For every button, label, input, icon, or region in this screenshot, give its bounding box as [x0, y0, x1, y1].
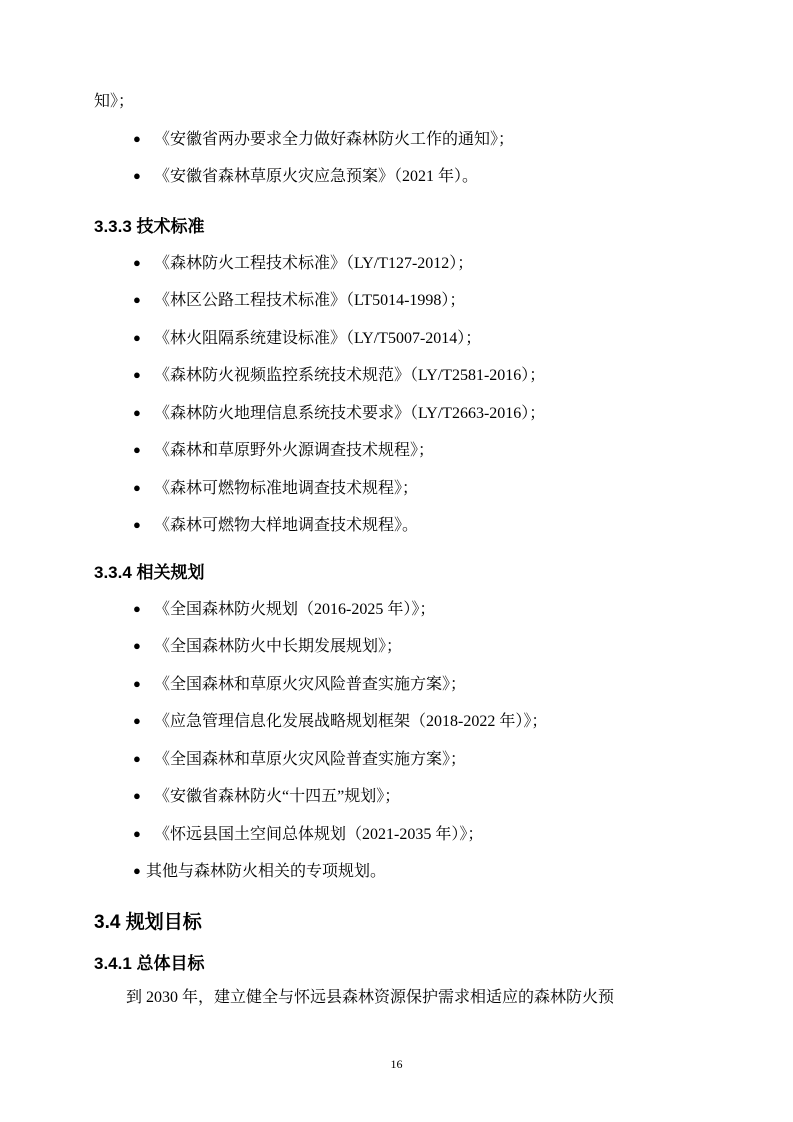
bullet-icon: ●	[133, 357, 154, 394]
list-item-text: 《森林可燃物大样地调查技术规程》。	[154, 517, 418, 534]
list-item-text: 《森林防火工程技术标准》（LY/T127-2012）；	[154, 255, 473, 272]
list-item-text: 《森林可燃物标准地调查技术规程》；	[154, 480, 418, 497]
bullet-icon: ●	[133, 778, 154, 815]
section-heading-3-3-3: 3.3.3 技术标准	[94, 213, 707, 241]
list-item: ●《林区公路工程技术标准》（LT5014-1998）；	[94, 282, 707, 320]
intro-bullet-list: ●《安徽省两办要求全力做好森林防火工作的通知》； ●《安徽省森林草原火灾应急预案…	[94, 121, 707, 196]
list-item-text: 《森林防火视频监控系统技术规范》（LY/T2581-2016）；	[154, 367, 545, 384]
bullet-icon: ●	[133, 853, 146, 890]
bullet-icon: ●	[133, 741, 154, 778]
list-item-text: 《应急管理信息化发展战略规划框架（2018-2022 年）》；	[154, 713, 547, 730]
bullet-icon: ●	[133, 395, 154, 432]
page-number: 16	[0, 1056, 793, 1072]
bullet-icon: ●	[133, 666, 154, 703]
list-item-text: 《全国森林和草原火灾风险普查实施方案》；	[154, 676, 466, 693]
overall-goal-paragraph: 到 2030 年，建立健全与怀远县森林资源保护需求相适应的森林防火预	[94, 980, 707, 1017]
list-item: ●《安徽省两办要求全力做好森林防火工作的通知》；	[94, 121, 707, 159]
list-item-text: 《林区公路工程技术标准》（LT5014-1998）；	[154, 292, 465, 309]
bullet-icon: ●	[133, 245, 154, 282]
list-item: ●《全国森林防火中长期发展规划》；	[94, 628, 707, 666]
list-item: ●《安徽省森林防火“十四五”规划》；	[94, 778, 707, 816]
bullet-icon: ●	[133, 282, 154, 319]
bullet-icon: ●	[133, 470, 154, 507]
list-item: ●《全国森林防火规划（2016-2025 年）》；	[94, 591, 707, 629]
list-item-text: 《全国森林和草原火灾风险普查实施方案》；	[154, 751, 466, 768]
list-item: ●其他与森林防火相关的专项规划。	[94, 853, 707, 891]
list-item-text: 《森林和草原野外火源调查技术规程》；	[154, 442, 434, 459]
bullet-icon: ●	[133, 507, 154, 544]
list-item: ●《森林防火地理信息系统技术要求》（LY/T2663-2016）；	[94, 395, 707, 433]
list-item-text: 《全国森林防火规划（2016-2025 年）》；	[154, 601, 435, 618]
list-item: ●《怀远县国土空间总体规划（2021-2035 年）》；	[94, 816, 707, 854]
list-item: ●《全国森林和草原火灾风险普查实施方案》；	[94, 741, 707, 779]
bullet-icon: ●	[133, 816, 154, 853]
technical-standards-list: ●《森林防火工程技术标准》（LY/T127-2012）； ●《林区公路工程技术标…	[94, 245, 707, 545]
list-item: ●《森林防火视频监控系统技术规范》（LY/T2581-2016）；	[94, 357, 707, 395]
bullet-icon: ●	[133, 158, 154, 195]
list-item: ●《森林可燃物标准地调查技术规程》；	[94, 470, 707, 508]
bullet-icon: ●	[133, 432, 154, 469]
list-item-text: 《安徽省两办要求全力做好森林防火工作的通知》；	[154, 131, 514, 148]
list-item-text: 《怀远县国土空间总体规划（2021-2035 年）》；	[154, 826, 483, 843]
list-item: ●《安徽省森林草原火灾应急预案》（2021 年）。	[94, 158, 707, 196]
list-item: ●《林火阻隔系统建设标准》（LY/T5007-2014）；	[94, 320, 707, 358]
bullet-icon: ●	[133, 591, 154, 628]
list-item-text: 《全国森林防火中长期发展规划》；	[154, 638, 402, 655]
list-item-text: 《安徽省森林草原火灾应急预案》（2021 年）。	[154, 168, 478, 185]
section-heading-3-4-1: 3.4.1 总体目标	[94, 950, 707, 978]
list-item: ●《森林和草原野外火源调查技术规程》；	[94, 432, 707, 470]
list-item: ●《全国森林和草原火灾风险普查实施方案》；	[94, 666, 707, 704]
list-item-text: 《林火阻隔系统建设标准》（LY/T5007-2014）；	[154, 330, 481, 347]
related-plans-list: ●《全国森林防火规划（2016-2025 年）》； ●《全国森林防火中长期发展规…	[94, 591, 707, 891]
bullet-icon: ●	[133, 703, 154, 740]
list-item: ●《森林可燃物大样地调查技术规程》。	[94, 507, 707, 545]
list-item: ●《森林防火工程技术标准》（LY/T127-2012）；	[94, 245, 707, 283]
continuation-line: 知》；	[94, 84, 707, 121]
list-item-text: 其他与森林防火相关的专项规划。	[146, 863, 386, 880]
bullet-icon: ●	[133, 121, 154, 158]
document-page: 知》； ●《安徽省两办要求全力做好森林防火工作的通知》； ●《安徽省森林草原火灾…	[0, 0, 793, 1122]
bullet-icon: ●	[133, 320, 154, 357]
section-heading-3-4: 3.4 规划目标	[94, 908, 707, 938]
list-item-text: 《安徽省森林防火“十四五”规划》；	[154, 788, 400, 805]
bullet-icon: ●	[133, 628, 154, 665]
section-heading-3-3-4: 3.3.4 相关规划	[94, 559, 707, 587]
list-item: ●《应急管理信息化发展战略规划框架（2018-2022 年）》；	[94, 703, 707, 741]
list-item-text: 《森林防火地理信息系统技术要求》（LY/T2663-2016）；	[154, 405, 545, 422]
